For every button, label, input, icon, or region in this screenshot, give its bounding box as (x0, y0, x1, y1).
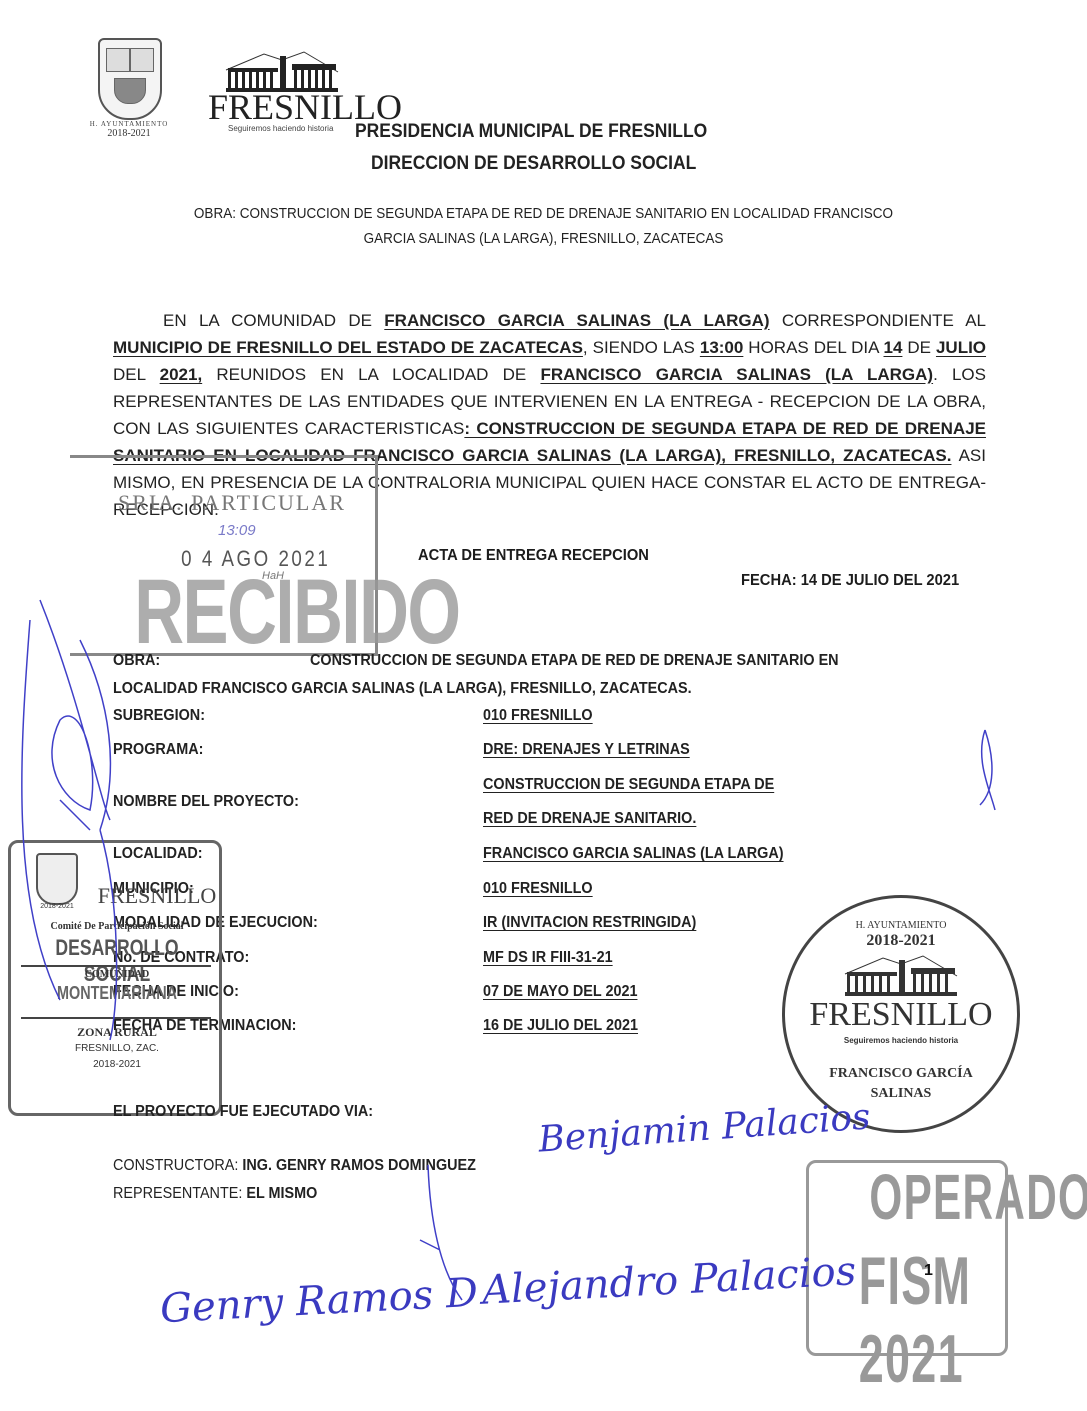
comite-line5: ZONA RURAL (11, 1025, 223, 1040)
ejecutado-via: EL PROYECTO FUE EJECUTADO VIA: (113, 1103, 373, 1121)
detail-value-fecha-terminacion: 16 DE JULIO DEL 2021 (483, 1017, 638, 1035)
acta-date: FECHA: 14 DE JULIO DEL 2021 (741, 572, 959, 590)
detail-obra-value: CONSTRUCCION DE SEGUNDA ETAPA DE RED DE … (310, 652, 839, 670)
detail-value-contrato: MF DS IR FIII-31-21 (483, 949, 613, 967)
circle-stamp-years: 2018-2021 (785, 932, 1017, 950)
detail-value-modalidad: IR (INVITACION RESTRINGIDA) (483, 914, 696, 932)
comite-line6: FRESNILLO, ZAC. (11, 1043, 223, 1054)
acta-title: ACTA DE ENTREGA RECEPCION (418, 547, 649, 565)
detail-label-programa: PROGRAMA: (113, 741, 203, 759)
circle-stamp-tagline: Seguiremos haciendo historia (785, 1036, 1017, 1045)
detail-value-municipio: 010 FRESNILLO (483, 880, 593, 898)
circle-building-icon (843, 954, 959, 996)
signature-alejandro: Alejandro Palacios (481, 1248, 857, 1314)
representante: REPRESENTANTE: EL MISMO (113, 1185, 317, 1203)
detail-obra-label: OBRA: (113, 652, 160, 670)
obra-heading-line1: OBRA: CONSTRUCCION DE SEGUNDA ETAPA DE R… (54, 205, 1032, 222)
detail-label-subregion: SUBREGION: (113, 707, 205, 725)
operado-stamp-line2: FISM 2021 (859, 1242, 1041, 1398)
detail-value-fecha-inicio: 07 DE MAYO DEL 2021 (483, 983, 637, 1001)
recibido-stamp-time: 13:09 (218, 522, 256, 539)
circle-stamp-top: H. AYUNTAMIENTO (785, 920, 1017, 931)
page-subtitle: DIRECCION DE DESARROLLO SOCIAL (371, 153, 696, 175)
detail-value-proyecto-line2: RED DE DRENAJE SANITARIO. (483, 810, 696, 828)
constructora: CONSTRUCTORA: ING. GENRY RAMOS DOMINGUEZ (113, 1157, 476, 1175)
signature-benjamin: Benjamin Palacios (537, 1096, 872, 1160)
comite-stamp: 2018-2021 FRESNILLO Comité De Participac… (8, 840, 222, 1116)
circle-stamp-place1: FRANCISCO GARCÍA (785, 1066, 1017, 1082)
fresnillo-logo-tagline: Seguiremos haciendo historia (228, 124, 333, 133)
recibido-stamp-word: RECIBIDO (134, 560, 459, 665)
comite-line3: COMUNIDAD (11, 969, 223, 980)
operado-stamp-line1: OPERADO (869, 1160, 1087, 1234)
crest-caption: H. AYUNTAMIENTO (84, 120, 174, 128)
detail-label-proyecto: NOMBRE DEL PROYECTO: (113, 793, 299, 811)
recibido-stamp-office: SRIA. PARTICULAR (118, 490, 346, 516)
detail-value-localidad: FRANCISCO GARCIA SALINAS (LA LARGA) (483, 845, 784, 863)
crest-years: 2018-2021 (84, 128, 174, 139)
comite-line1: Comité De Participación Social (11, 921, 223, 932)
detail-value-proyecto: CONSTRUCCION DE SEGUNDA ETAPA DE (483, 776, 774, 794)
detail-obra-value-line2: LOCALIDAD FRANCISCO GARCIA SALINAS (LA L… (113, 680, 692, 698)
comite-logo-text: FRESNILLO (51, 883, 263, 909)
comite-line7: 2018-2021 (11, 1059, 223, 1070)
comite-line4: MONTEMARIANA (32, 983, 202, 1004)
detail-value-subregion: 010 FRESNILLO (483, 707, 593, 725)
ayuntamiento-circle-stamp: H. AYUNTAMIENTO 2018-2021 FRESNILLO Segu… (782, 895, 1020, 1133)
signature-genry: Genry Ramos D (159, 1270, 479, 1333)
municipal-crest-logo (98, 38, 162, 120)
obra-heading-line2: GARCIA SALINAS (LA LARGA), FRESNILLO, ZA… (54, 230, 1032, 247)
page-number: 1 (924, 1262, 933, 1280)
detail-value-programa: DRE: DRENAJES Y LETRINAS (483, 741, 690, 759)
page-title: PRESIDENCIA MUNICIPAL DE FRESNILLO (355, 121, 707, 143)
circle-stamp-logo: FRESNILLO (785, 996, 1017, 1034)
